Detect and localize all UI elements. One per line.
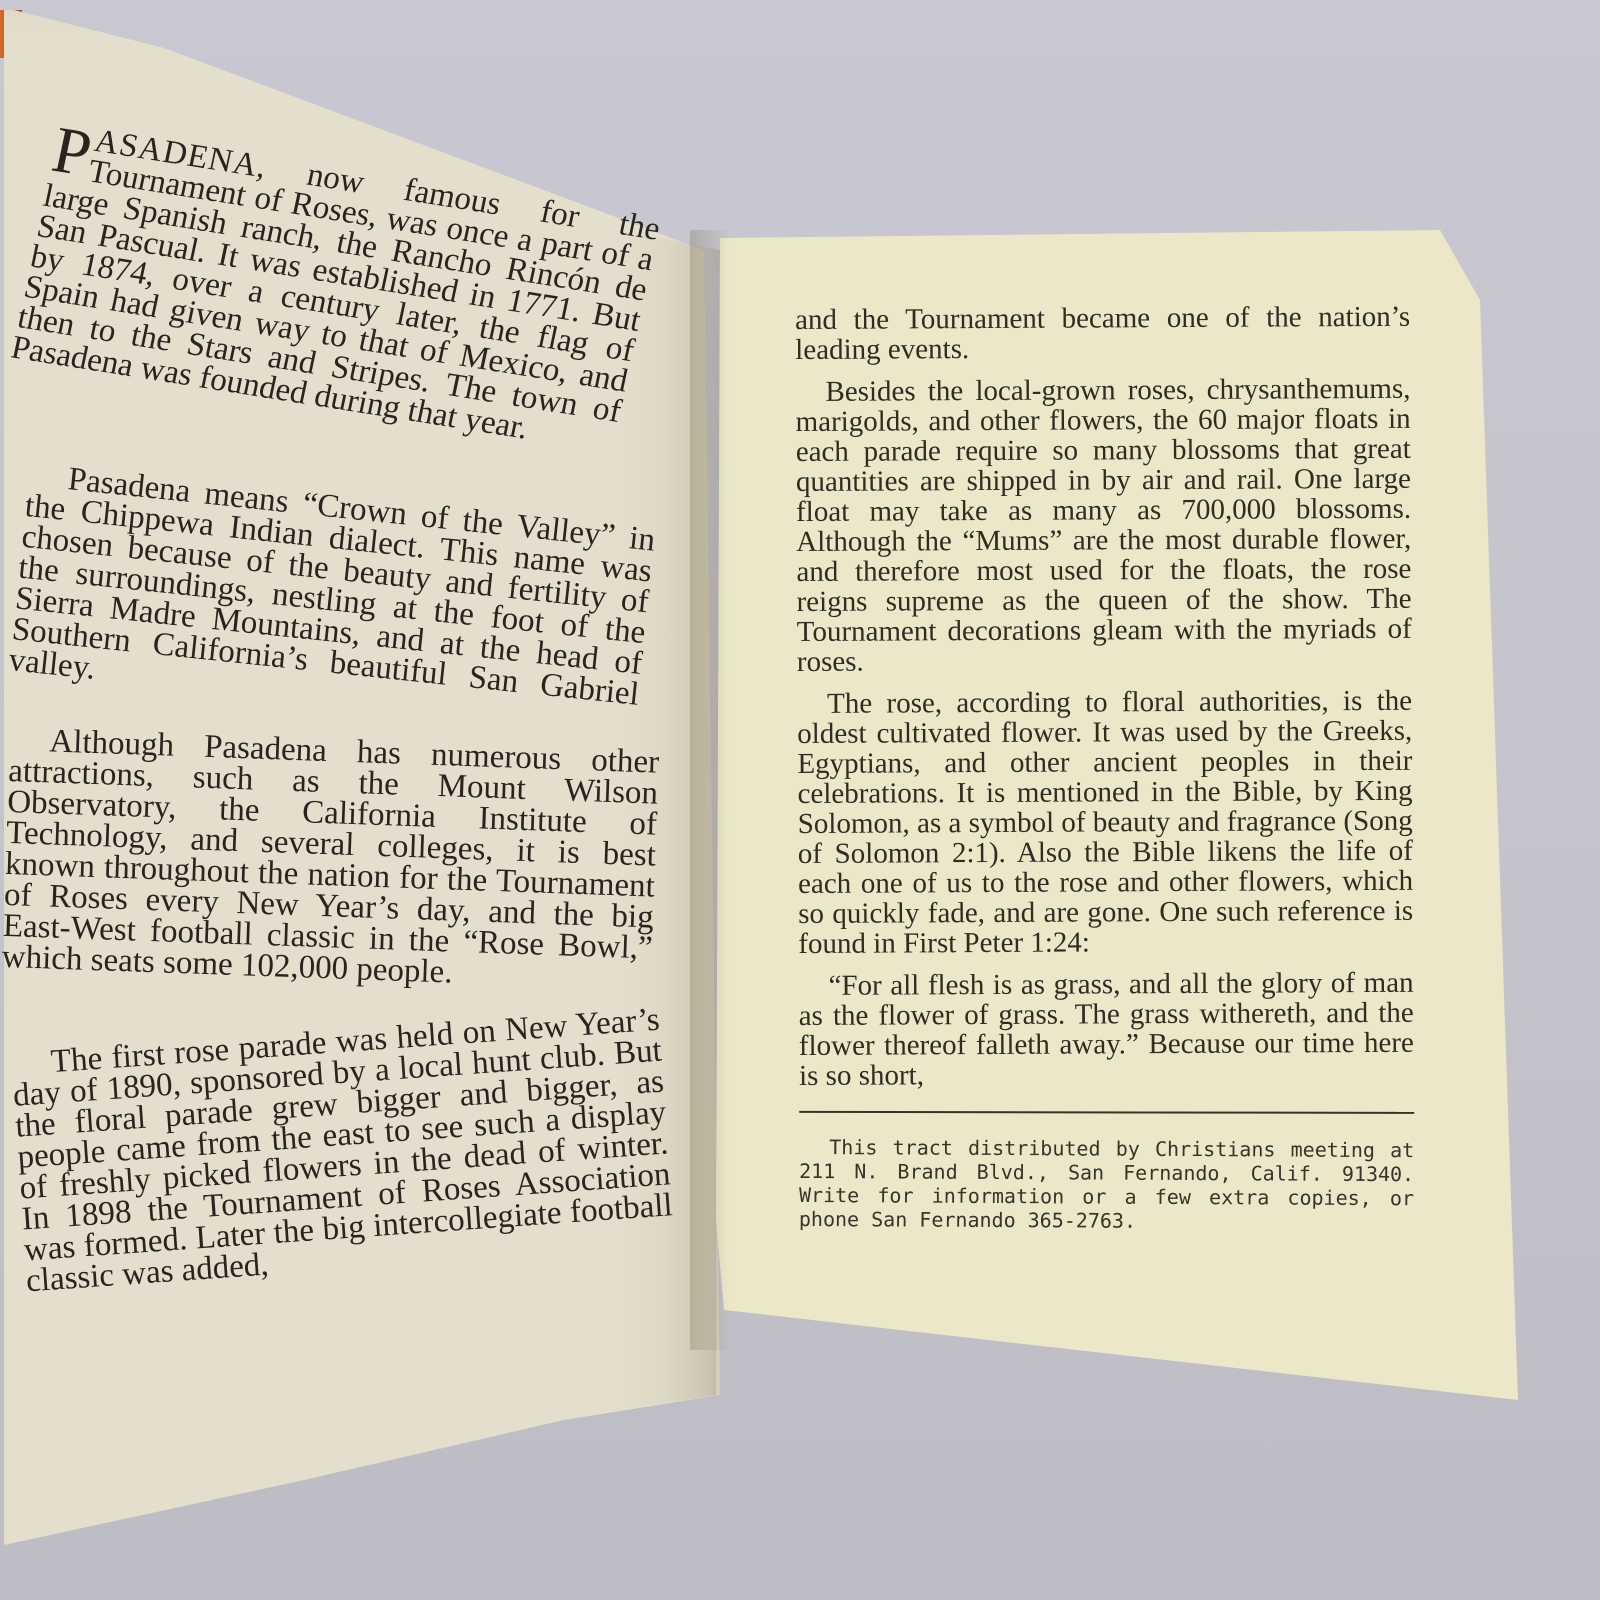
- right-paragraph-3: The rose, according to floral authoritie…: [797, 686, 1413, 959]
- paragraph-text: Although Pasadena has numerous other att…: [1, 725, 659, 996]
- left-paragraph-4: The first rose parade was held on New Ye…: [10, 1005, 677, 1312]
- footer-divider: [799, 1111, 1414, 1114]
- left-paragraph-3: Although Pasadena has numerous other att…: [1, 725, 660, 1010]
- left-page-text: PASADENA, now famous for the Tournament …: [40, 120, 670, 382]
- tract-footer-note: This tract distributed by Christians mee…: [799, 1135, 1414, 1234]
- right-page-text: and the Tournament became one of the nat…: [795, 302, 1415, 1251]
- right-paragraph-4: “For all flesh is as grass, and all the …: [798, 968, 1414, 1091]
- right-paragraph-2: Besides the local-grown roses, chrysanth…: [795, 374, 1412, 677]
- right-page-gutter-shadow: [690, 230, 730, 1350]
- booklet-photo: PASADENA, now famous for the Tournament …: [0, 0, 1600, 1600]
- paragraph-text: The first rose parade was held on New Ye…: [10, 1005, 676, 1298]
- right-paragraph-1: and the Tournament became one of the nat…: [795, 302, 1410, 365]
